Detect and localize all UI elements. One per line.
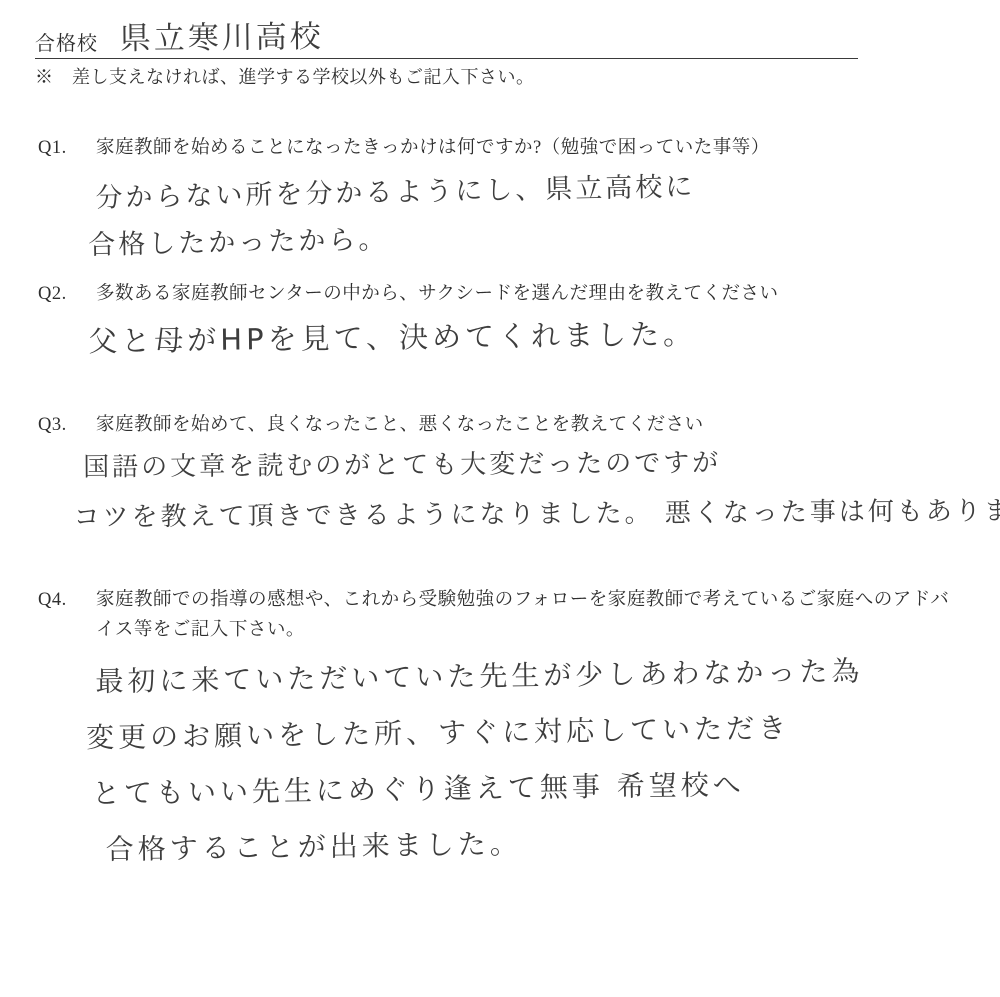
question-q4: Q4. 家庭教師での指導の感想や、これから受験勉強のフォローを家庭教師で考えてい… [38,585,968,645]
question-q1: Q1. 家庭教師を始めることになったきっかけは何ですか?（勉強で困っていた事等） [38,133,968,163]
answer-q3-line-2: コツを教えて頂きできるようになりました。 悪くなった事は何もありません [73,486,1000,543]
question-q4-text: 家庭教師での指導の感想や、これから受験勉強のフォローを家庭教師で考えているご家庭… [96,585,968,645]
question-q2-text: 多数ある家庭教師センターの中から、サクシードを選んだ理由を教えてください [96,279,968,309]
accepted-school-field: 合格校 県立寒川高校 [35,8,858,59]
answer-q1: 分からない所を分かるようにし、県立高校に 合格したかったから。 [35,163,697,270]
answer-q2: 父と母がHPを見て、決めてくれました。 [35,310,696,366]
answer-q3: 国語の文章を読むのがとても大変だったのですが コツを教えて頂きできるようになりま… [35,436,1000,543]
question-q3: Q3. 家庭教師を始めて、良くなったこと、悪くなったことを教えてください [38,410,968,440]
question-q3-number: Q3. [38,410,96,440]
question-q1-number: Q1. [38,133,96,163]
question-q2: Q2. 多数ある家庭教師センターの中から、サクシードを選んだ理由を教えてください [38,279,968,309]
accepted-school-label: 合格校 [35,27,98,56]
answer-q3-line-1: 国語の文章を読むのがとても大変だったのですが [83,436,1000,493]
answer-q2-line-1: 父と母がHPを見て、決めてくれました。 [88,310,696,365]
question-q4-number: Q4. [38,585,96,615]
question-q1-text: 家庭教師を始めることになったきっかけは何ですか?（勉強で困っていた事等） [96,133,968,163]
answer-q4: 最初に来ていただいていた先生が少しあわなかった為 変更のお願いをした所、すぐに対… [35,643,866,879]
accepted-school-handwritten-value: 県立寒川高校 [120,11,324,58]
question-q2-number: Q2. [38,279,96,309]
answer-q4-line-4: 合格することが出来ました。 [105,811,866,878]
question-q3-text: 家庭教師を始めて、良くなったこと、悪くなったことを教えてください [96,410,968,440]
questionnaire-page: 合格校 県立寒川高校 ※ 差し支えなければ、進学する学校以外もご記入下さい。 Q… [0,0,1000,997]
note-text: ※ 差し支えなければ、進学する学校以外もご記入下さい。 [35,63,535,89]
answer-q4-line-2: 変更のお願いをした所、すぐに対応していただき [86,699,865,766]
